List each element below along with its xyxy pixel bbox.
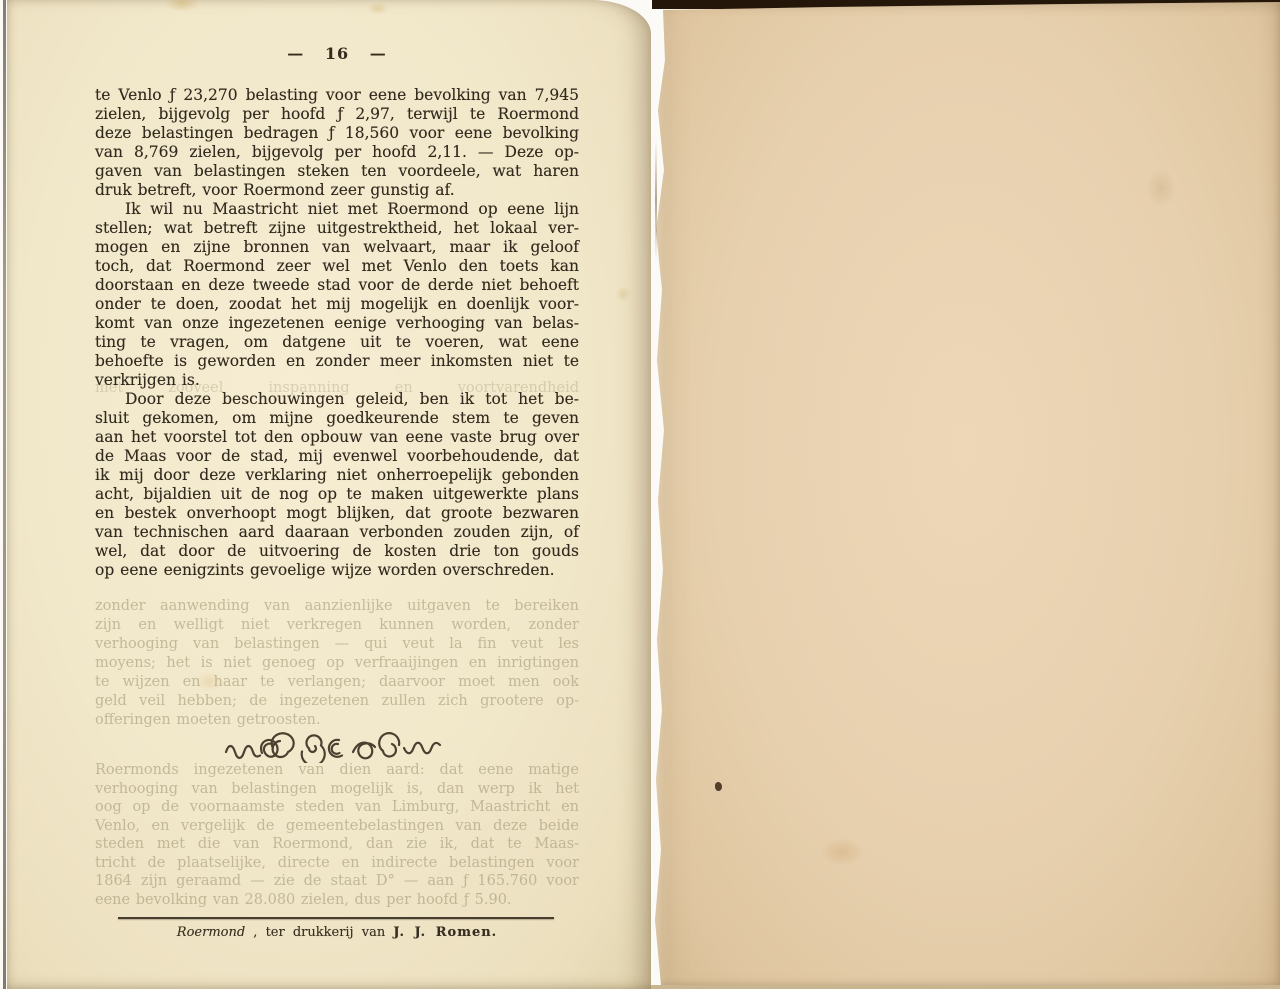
text-line: verhooging van belastingen mogelijk is, … [95,780,579,799]
text-line: oog op de voornaamste steden van Limburg… [95,798,579,817]
imprint-printer-name: J. J. Romen. [393,925,497,940]
imprint-text: , ter drukkerij van [245,925,393,940]
text-line: ting te vragen, om datgene uit te voeren… [95,333,579,352]
text-line: verhooging van belastingen — qui veut la… [95,635,579,654]
text-line: toch, dat Roermond zeer wel met Venlo de… [95,257,579,276]
text-line: druk betreft, voor Roermond zeer gunstig… [95,181,579,200]
text-line: van technischen aard daaraan verbonden z… [95,523,579,542]
text-line: te Venlo ƒ 23,270 belasting voor eene be… [95,86,579,105]
ornament-flourish [222,731,452,763]
text-line: gaven van belastingen steken ten voordee… [95,162,579,181]
ink-speck [715,782,722,791]
paragraph: Roermonds ingezetenen van dien aard: dat… [95,761,579,909]
text-line: komt van onze ingezetenen eenige verhoog… [95,314,579,333]
left-page: — 16 — met zooveel inspanning en voortva… [7,0,651,989]
paragraph: Ik wil nu Maastricht niet met Roermond o… [95,200,579,390]
text-line: Door deze beschouwingen geleid, ben ik t… [95,390,579,409]
left-page-edge [3,0,6,989]
text-line: de Maas voor de stad, mij evenwel voorbe… [95,447,579,466]
text-line: sluit gekomen, om mijne goedkeurende ste… [95,409,579,428]
text-line: deze belastingen bedragen ƒ 18,560 voor … [95,124,579,143]
printer-imprint: Roermond , ter drukkerij van J. J. Romen… [95,925,579,940]
text-line: zijn en welligt niet verkregen kunnen wo… [95,616,579,635]
text-line: te wijzen en haar te verlangen; daarvoor… [95,673,579,692]
text-line: doorstaan en deze tweede stad voor de de… [95,276,579,295]
imprint-rule [118,917,554,919]
text-line: offeringen moeten getroosten. [95,711,579,730]
torn-edge-fiber [655,140,657,260]
text-line: Roermonds ingezetenen van dien aard: dat… [95,761,579,780]
right-page-blank [649,0,1280,989]
page-bottom-edge [649,985,1280,989]
text-line: eene bevolking van 28.080 zielen, dus pe… [95,891,579,910]
book-scan: — 16 — met zooveel inspanning en voortva… [0,0,1280,989]
text-line: moyens; het is niet genoeg op verfraaiji… [95,654,579,673]
text-line: steden met die van Roermond, dan zie ik,… [95,835,579,854]
text-line: zielen, bijgevolg per hoofd ƒ 2,97, terw… [95,105,579,124]
text-line: geld veil hebben; de ingezetenen zullen … [95,692,579,711]
page-body-text: te Venlo ƒ 23,270 belasting voor eene be… [95,86,579,580]
ghost-text-upper: zonder aanwending van aanzienlijke uitga… [95,597,579,730]
text-line: 1864 zijn geraamd — zie de staat D° — aa… [95,872,579,891]
text-line: stellen; wat betreft zijne uitgestrekthe… [95,219,579,238]
text-line: acht, bijaldien uit de nog op te maken u… [95,485,579,504]
text-line: ik mij door deze verklaring niet onherro… [95,466,579,485]
text-line: wel, dat door de uitvoering de kosten dr… [95,542,579,561]
text-line: van 8,769 zielen, bijgevolg per hoofd 2,… [95,143,579,162]
text-line: zonder aanwending van aanzienlijke uitga… [95,597,579,616]
text-line: Venlo, en vergelijk de gemeentebelasting… [95,817,579,836]
text-line: behoefte is geworden en zonder meer inko… [95,352,579,371]
paragraph: Door deze beschouwingen geleid, ben ik t… [95,390,579,580]
imprint-place: Roermond [177,925,245,940]
stain [615,286,631,302]
text-line: en bestek onverhoopt mogt blijken, dat g… [95,504,579,523]
ghost-text-lower: Roermonds ingezetenen van dien aard: dat… [95,761,579,909]
text-line: tricht de plaatselijke, directe en indir… [95,854,579,873]
paragraph: te Venlo ƒ 23,270 belasting voor eene be… [95,86,579,200]
text-column: — 16 — met zooveel inspanning en voortva… [95,0,579,989]
page-number: — 16 — [95,44,579,63]
text-line: op eene eenigzints gevoelige wijze worde… [95,561,579,580]
text-line: mogen en zijne bronnen van welvaart, maa… [95,238,579,257]
text-line: Ik wil nu Maastricht niet met Roermond o… [95,200,579,219]
text-line: onder te doen, zoodat het mij mogelijk e… [95,295,579,314]
text-line: verkrijgen is. [95,371,579,390]
paragraph: zonder aanwending van aanzienlijke uitga… [95,597,579,730]
text-line: aan het voorstel tot den opbouw van eene… [95,428,579,447]
